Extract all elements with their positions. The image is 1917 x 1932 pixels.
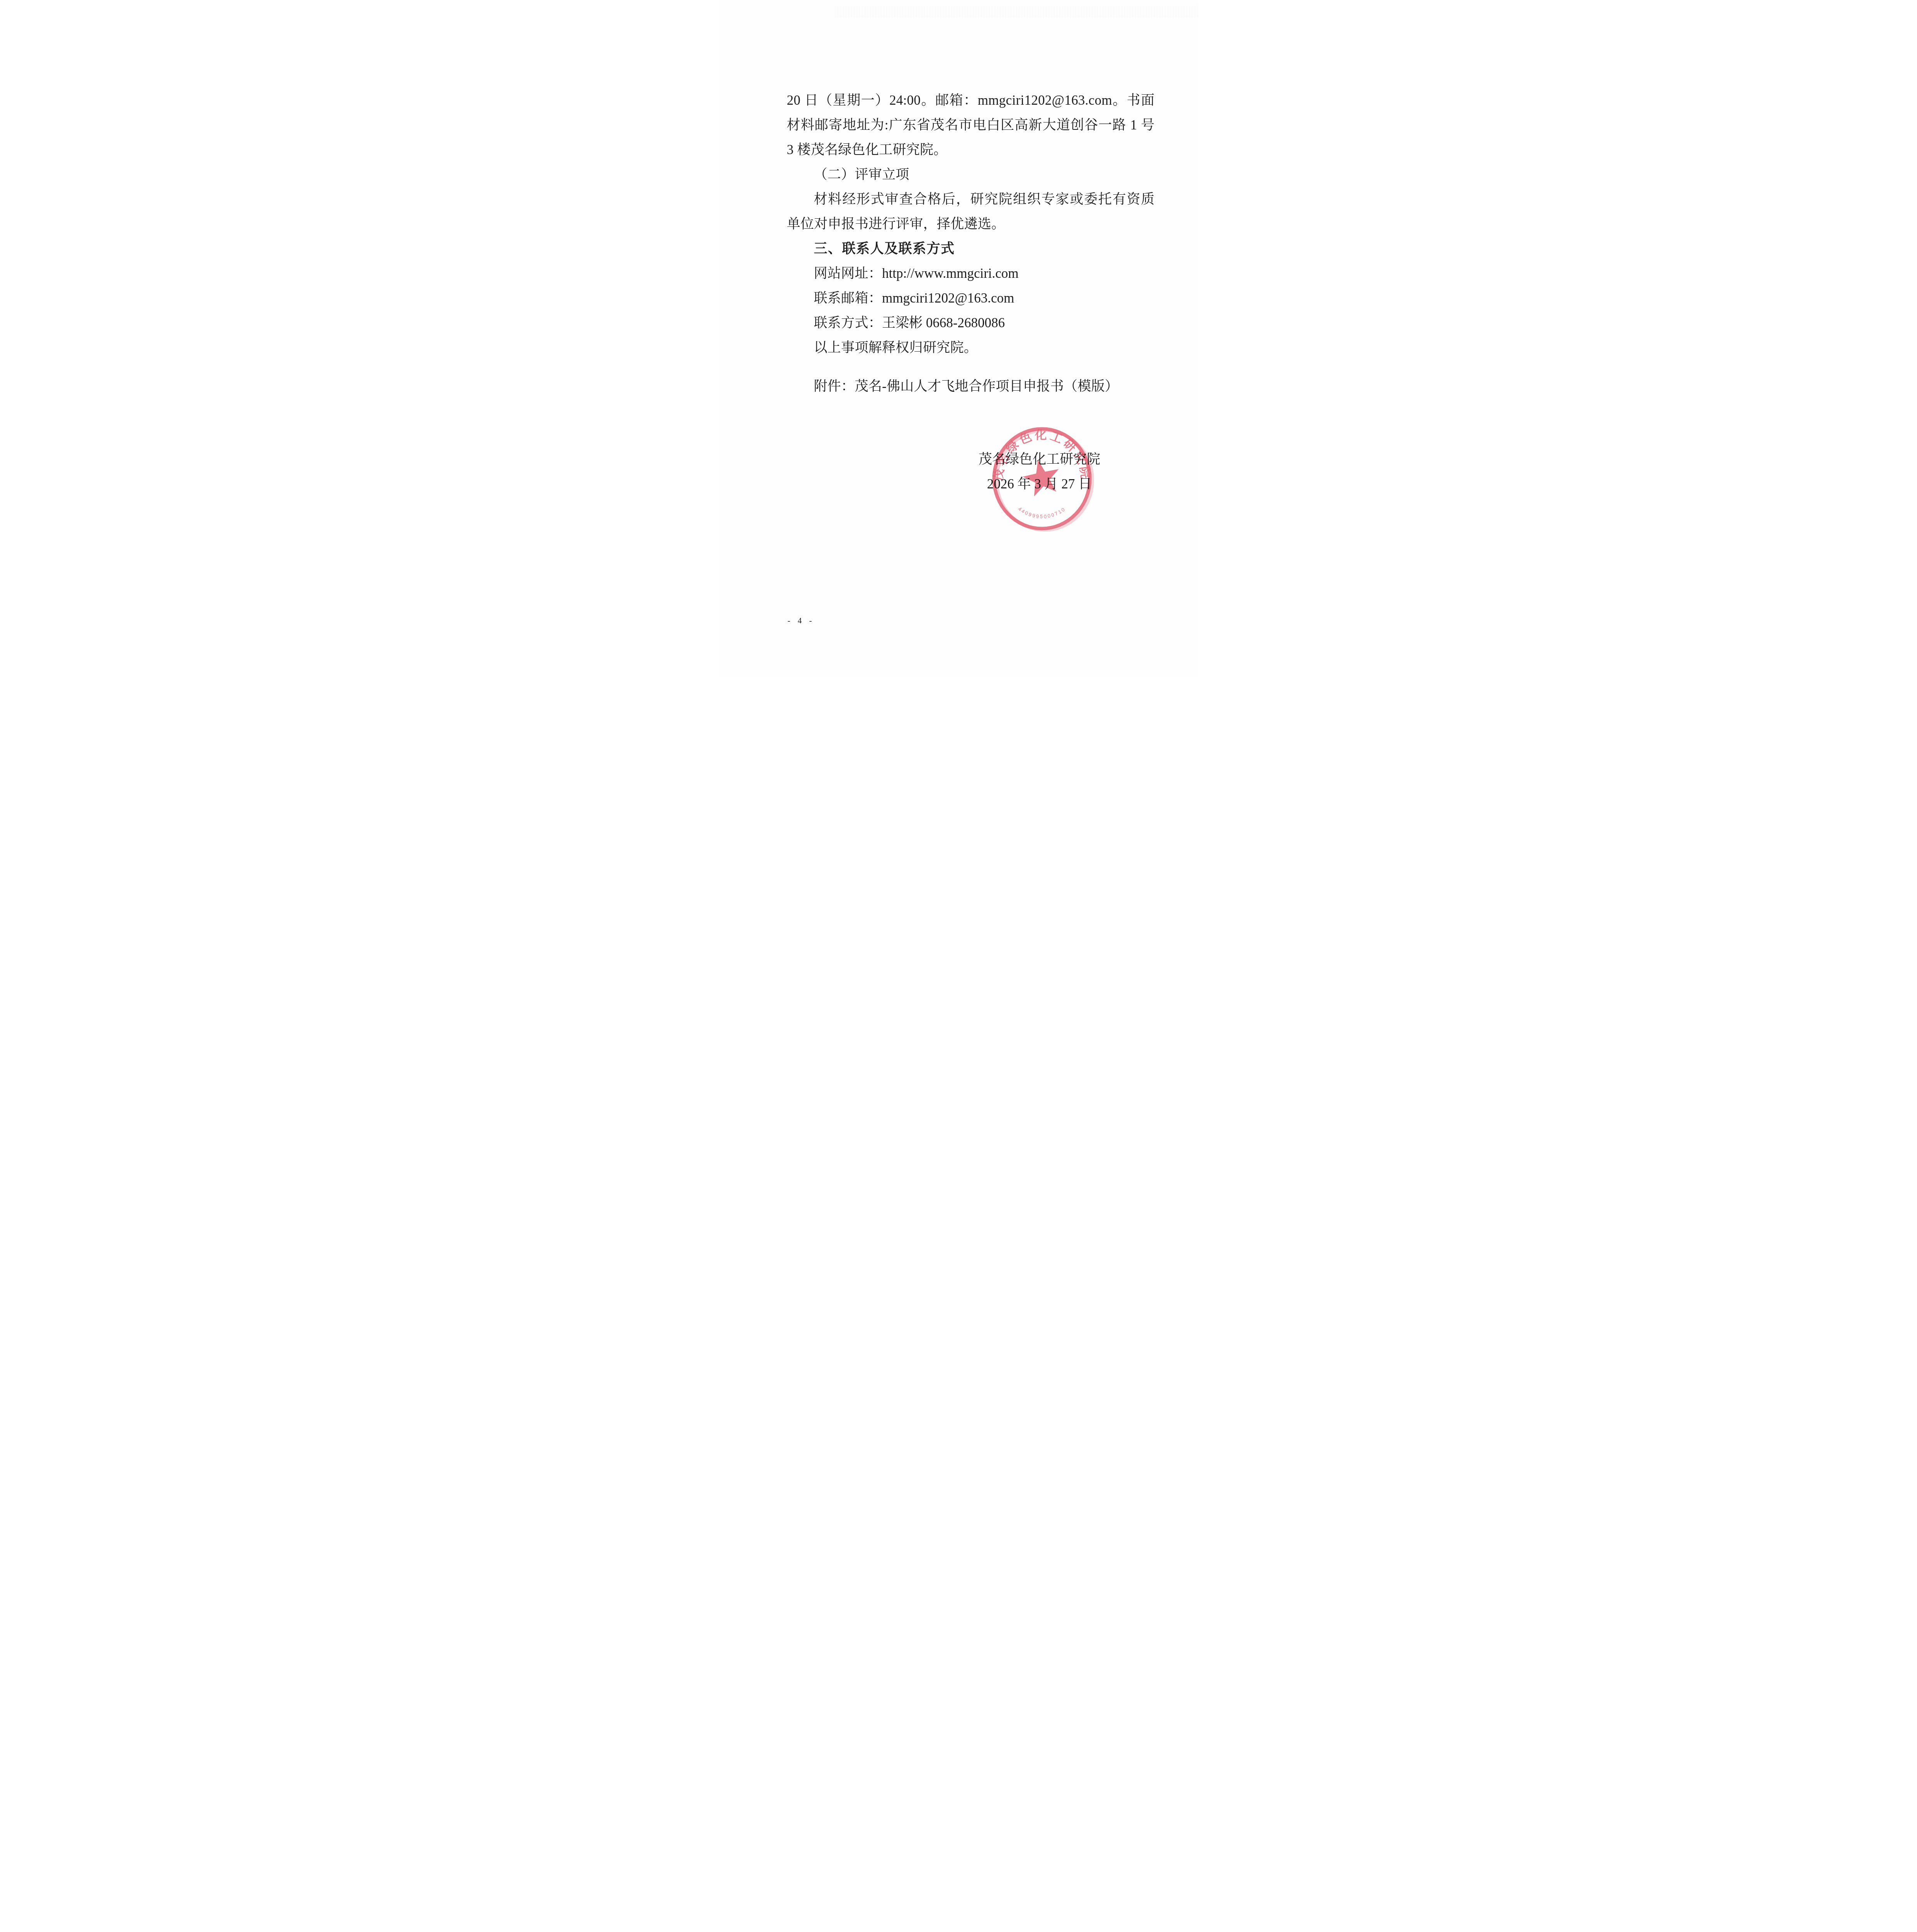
contact-value-phone: 王梁彬 0668-2680086 xyxy=(882,315,1005,330)
contact-value-website-url: http://www.mmgciri.com xyxy=(882,266,1019,281)
document-body: 20 日（星期一）24:00。邮箱：mmgciri1202@163.com。书面… xyxy=(787,88,1155,399)
section2-body: 材料经形式审查合格后，研究院组织专家或委托有资质单位对申报书进行评审，择优遴选。 xyxy=(787,187,1155,236)
seal-artwork: 茂名绿色化工研究院 4409995000710 xyxy=(991,428,1092,530)
contact-line-website: 网站网址：http://www.mmgciri.com xyxy=(787,261,1155,286)
official-seal-stamp: 茂名绿色化工研究院 4409995000710 xyxy=(988,422,1096,534)
document-page: 20 日（星期一）24:00。邮箱：mmgciri1202@163.com。书面… xyxy=(719,0,1198,677)
section2-heading: （二）评审立项 xyxy=(787,162,1155,187)
contact-label: 网站网址： xyxy=(814,266,882,281)
contact-label: 联系邮箱： xyxy=(814,291,882,306)
seal-code: 4409995000710 xyxy=(1017,506,1067,519)
contact-value-email: mmgciri1202@163.com xyxy=(882,291,1014,306)
star-icon xyxy=(1020,456,1063,498)
svg-text:4409995000710: 4409995000710 xyxy=(1017,506,1067,519)
section3-heading: 三、联系人及联系方式 xyxy=(787,236,1155,261)
contact-line-email: 联系邮箱：mmgciri1202@163.com xyxy=(787,286,1155,311)
page-number: - 4 - xyxy=(788,616,815,626)
intro-paragraph: 20 日（星期一）24:00。邮箱：mmgciri1202@163.com。书面… xyxy=(787,88,1155,162)
scan-noise-band xyxy=(835,6,1198,18)
contact-line-phone: 联系方式：王梁彬 0668-2680086 xyxy=(787,311,1155,335)
contact-label: 联系方式： xyxy=(814,315,882,330)
attachment-line: 附件：茂名-佛山人才飞地合作项目申报书（模版） xyxy=(787,374,1155,399)
rights-note: 以上事项解释权归研究院。 xyxy=(787,335,1155,360)
